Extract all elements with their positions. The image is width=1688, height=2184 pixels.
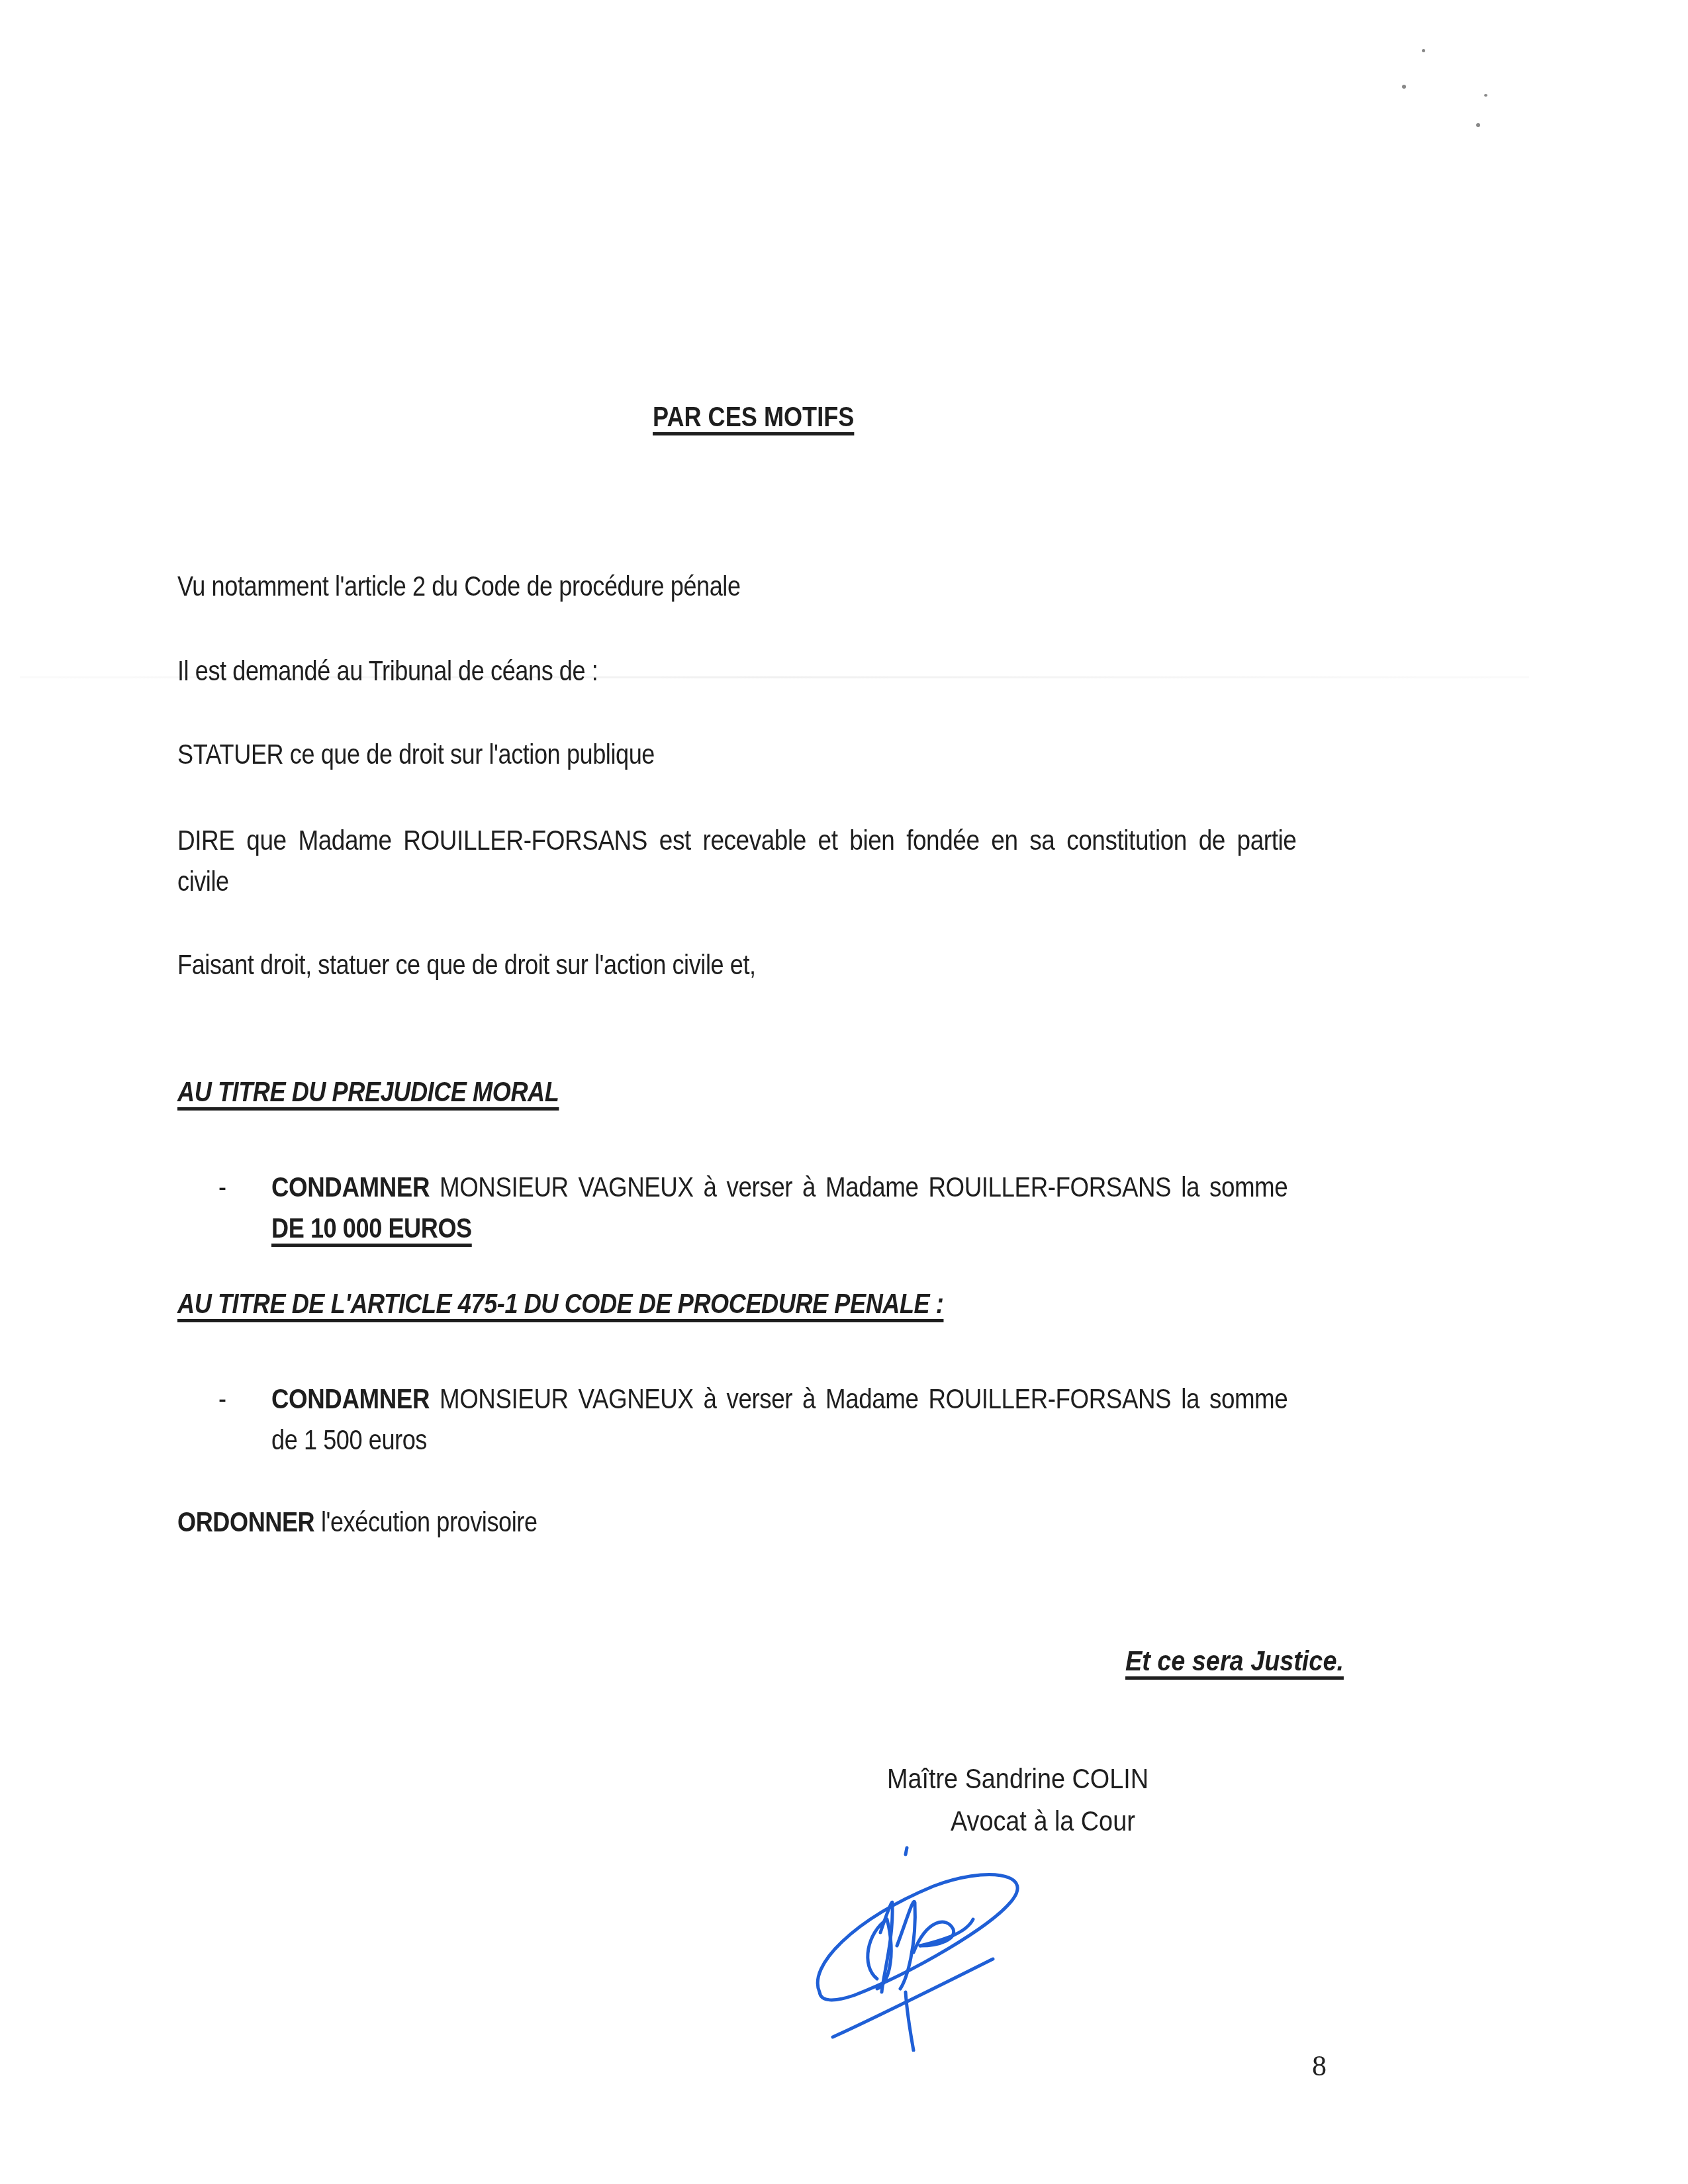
condamner-line-2: CONDAMNER MONSIEUR VAGNEUX à verser à Ma…	[271, 1383, 1288, 1415]
paragraph-statuer: STATUER ce que de droit sur l'action pub…	[177, 739, 655, 770]
signatory-title: Avocat à la Cour	[951, 1805, 1135, 1837]
condamner-text: MONSIEUR VAGNEUX à verser à Madame ROUIL…	[440, 1171, 1288, 1203]
paragraph-demande: Il est demandé au Tribunal de céans de :	[177, 655, 598, 687]
scan-speck	[1476, 123, 1480, 127]
paragraph-vu: Vu notamment l'article 2 du Code de proc…	[177, 570, 741, 602]
condamner-line-1: CONDAMNER MONSIEUR VAGNEUX à verser à Ma…	[271, 1171, 1288, 1203]
amount-prejudice-moral: DE 10 000 EUROS	[271, 1212, 472, 1244]
ordonner-verb: ORDONNER	[177, 1506, 314, 1537]
condamner-verb: CONDAMNER	[271, 1171, 430, 1203]
condamner-text: MONSIEUR VAGNEUX à verser à Madame ROUIL…	[440, 1383, 1288, 1414]
closing-formula: Et ce sera Justice.	[1125, 1645, 1344, 1677]
scan-speck	[1422, 49, 1425, 52]
paragraph-faisant: Faisant droit, statuer ce que de droit s…	[177, 949, 756, 981]
scan-speck	[1484, 94, 1487, 97]
condamner-verb: CONDAMNER	[271, 1383, 430, 1414]
bullet-dash: -	[218, 1171, 226, 1203]
section-title-article-475-1: AU TITRE DE L'ARTICLE 475-1 DU CODE DE P…	[177, 1288, 943, 1320]
amount-article-475-1: de 1 500 euros	[271, 1424, 427, 1456]
page-heading: PAR CES MOTIFS	[653, 401, 854, 433]
ordonner-text: l'exécution provisoire	[321, 1506, 538, 1537]
page-number: 8	[1312, 2049, 1327, 2083]
scan-speck	[1402, 85, 1406, 89]
bullet-dash: -	[218, 1383, 226, 1415]
handwritten-signature-icon	[814, 1840, 1092, 2052]
paragraph-dire-line1: DIRE que Madame ROUILLER-FORSANS est rec…	[177, 825, 1296, 856]
paragraph-dire-line2: civile	[177, 866, 229, 897]
signatory-name: Maître Sandrine COLIN	[887, 1763, 1149, 1795]
ordonner-line: ORDONNER l'exécution provisoire	[177, 1506, 538, 1538]
section-title-prejudice-moral: AU TITRE DU PREJUDICE MORAL	[177, 1076, 559, 1108]
